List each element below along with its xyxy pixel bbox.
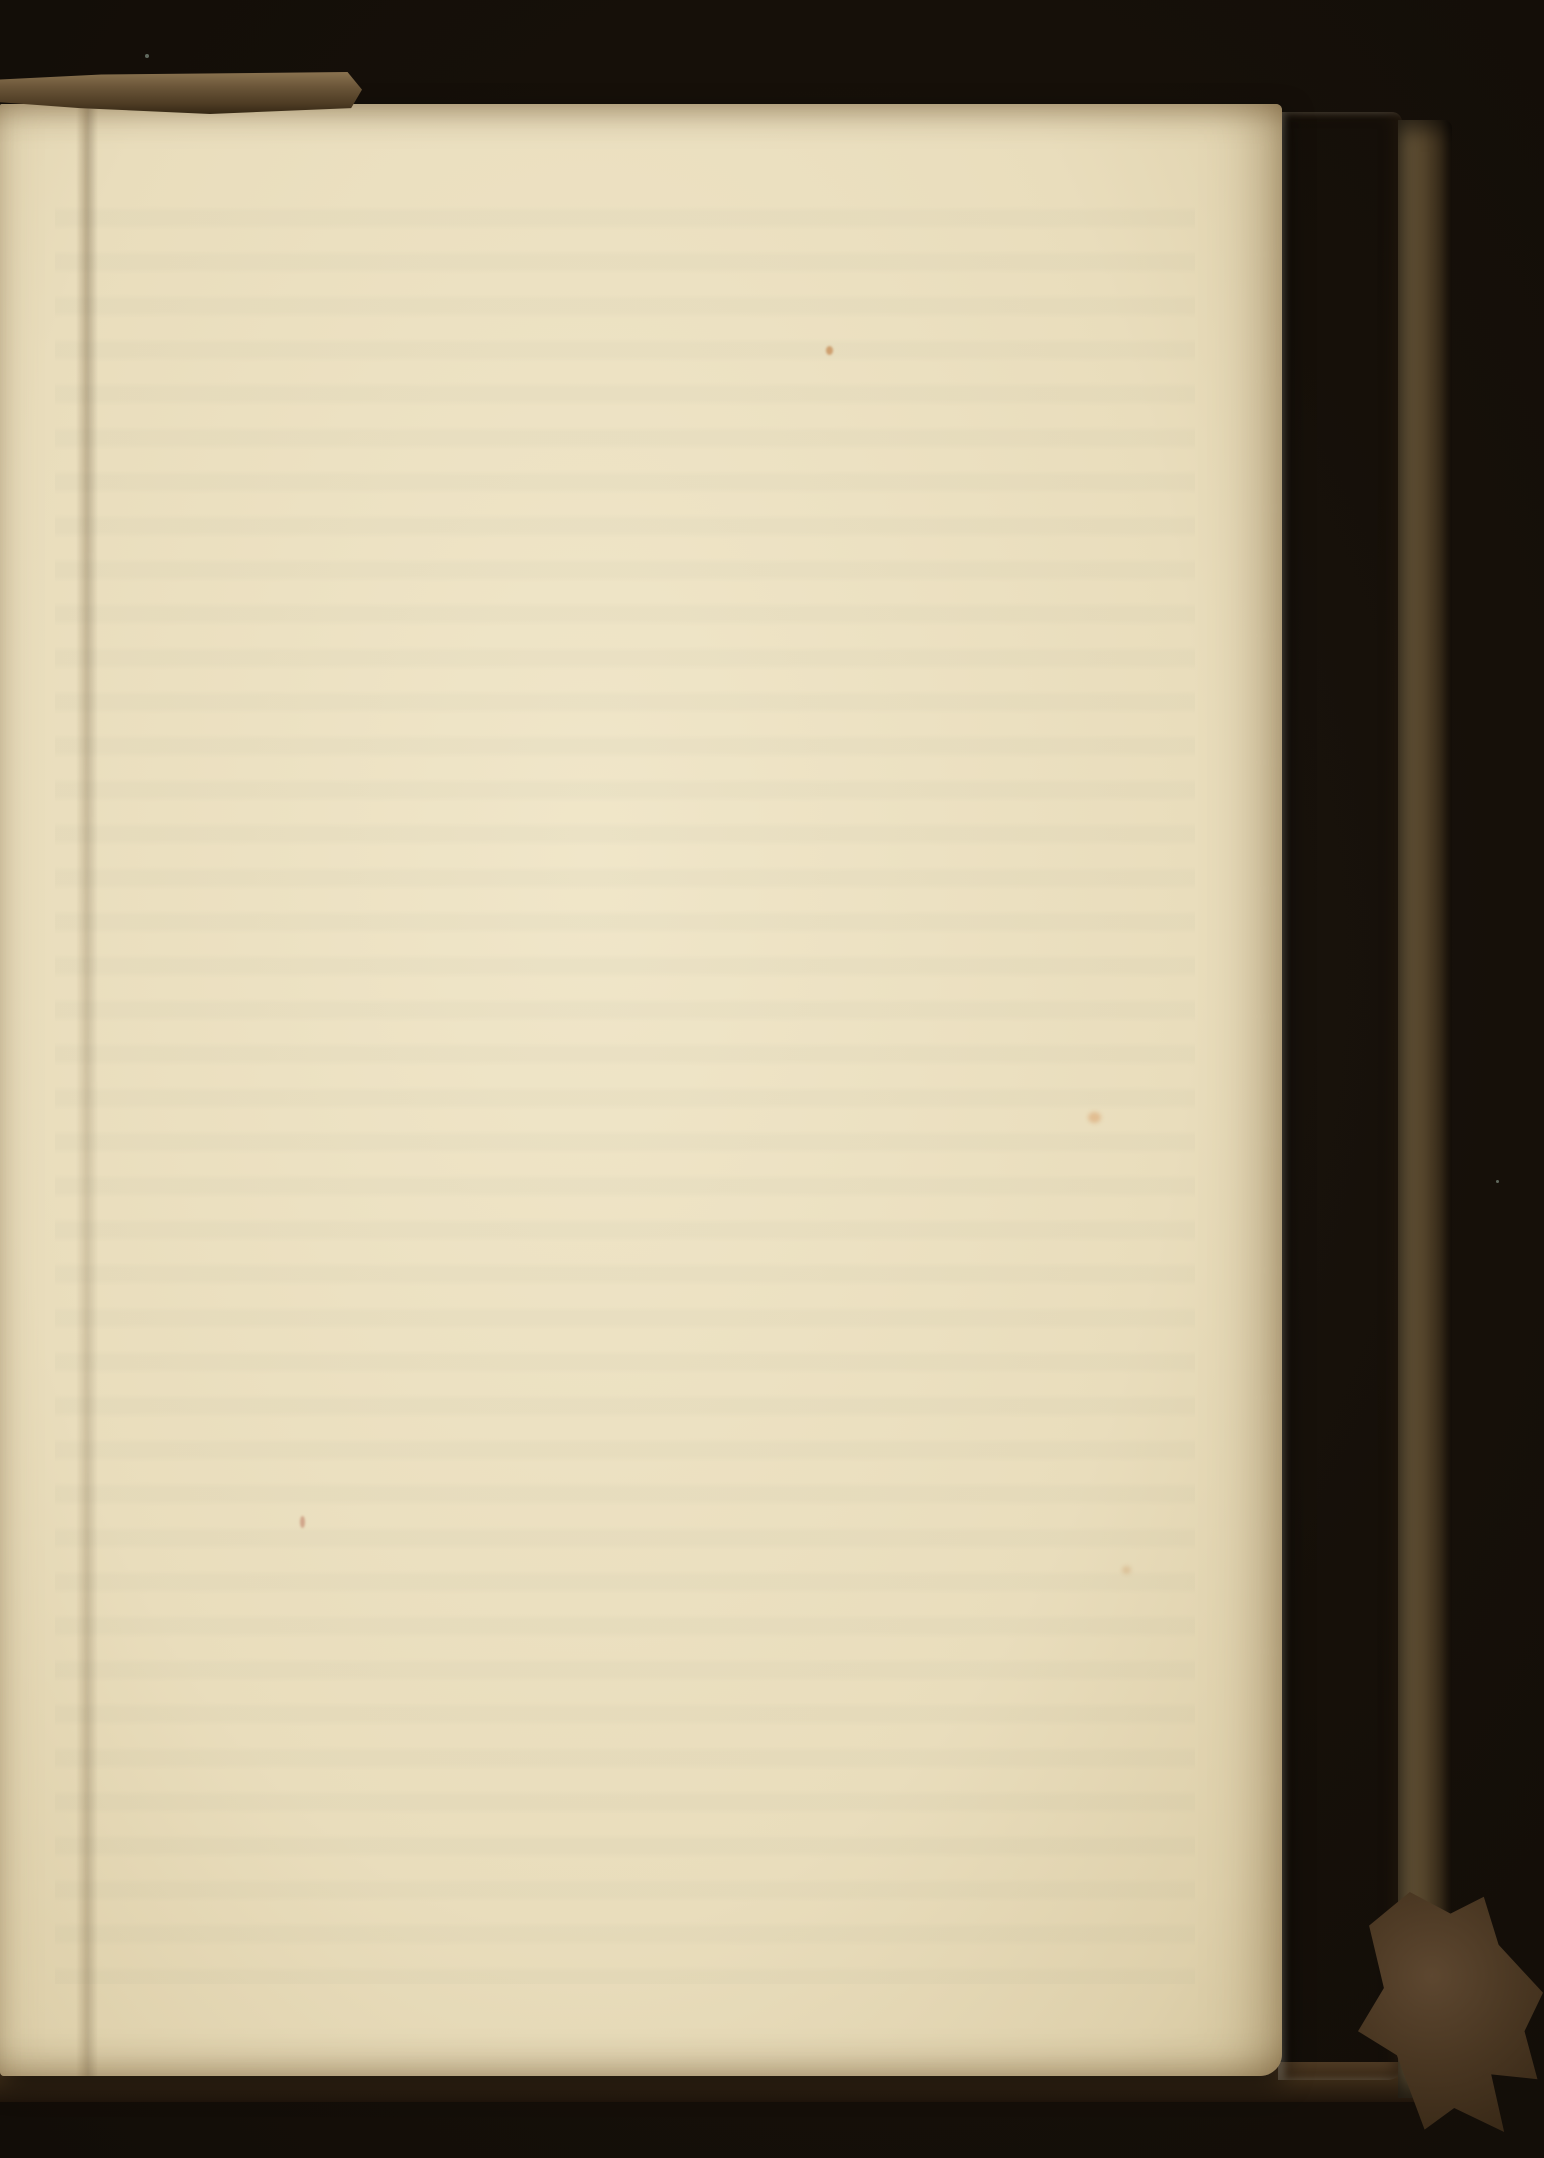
page-gutter-crease: [76, 104, 98, 2076]
paper-stain: [1122, 1566, 1131, 1574]
book-page: [0, 104, 1282, 2076]
paper-stain: [1088, 1112, 1101, 1123]
dust-speck: [1496, 1180, 1499, 1183]
photo-background: Ch. 1. aFOUNDLING. 171 nothing can be mo…: [0, 0, 1544, 2158]
paper-stain: [300, 1516, 305, 1528]
paper-stain: [826, 346, 833, 355]
page-stack-fore-edge: [1278, 112, 1402, 2080]
show-through-texture: [55, 194, 1195, 1984]
dust-speck: [145, 54, 149, 58]
book-cover-right-edge: [1398, 120, 1452, 2098]
